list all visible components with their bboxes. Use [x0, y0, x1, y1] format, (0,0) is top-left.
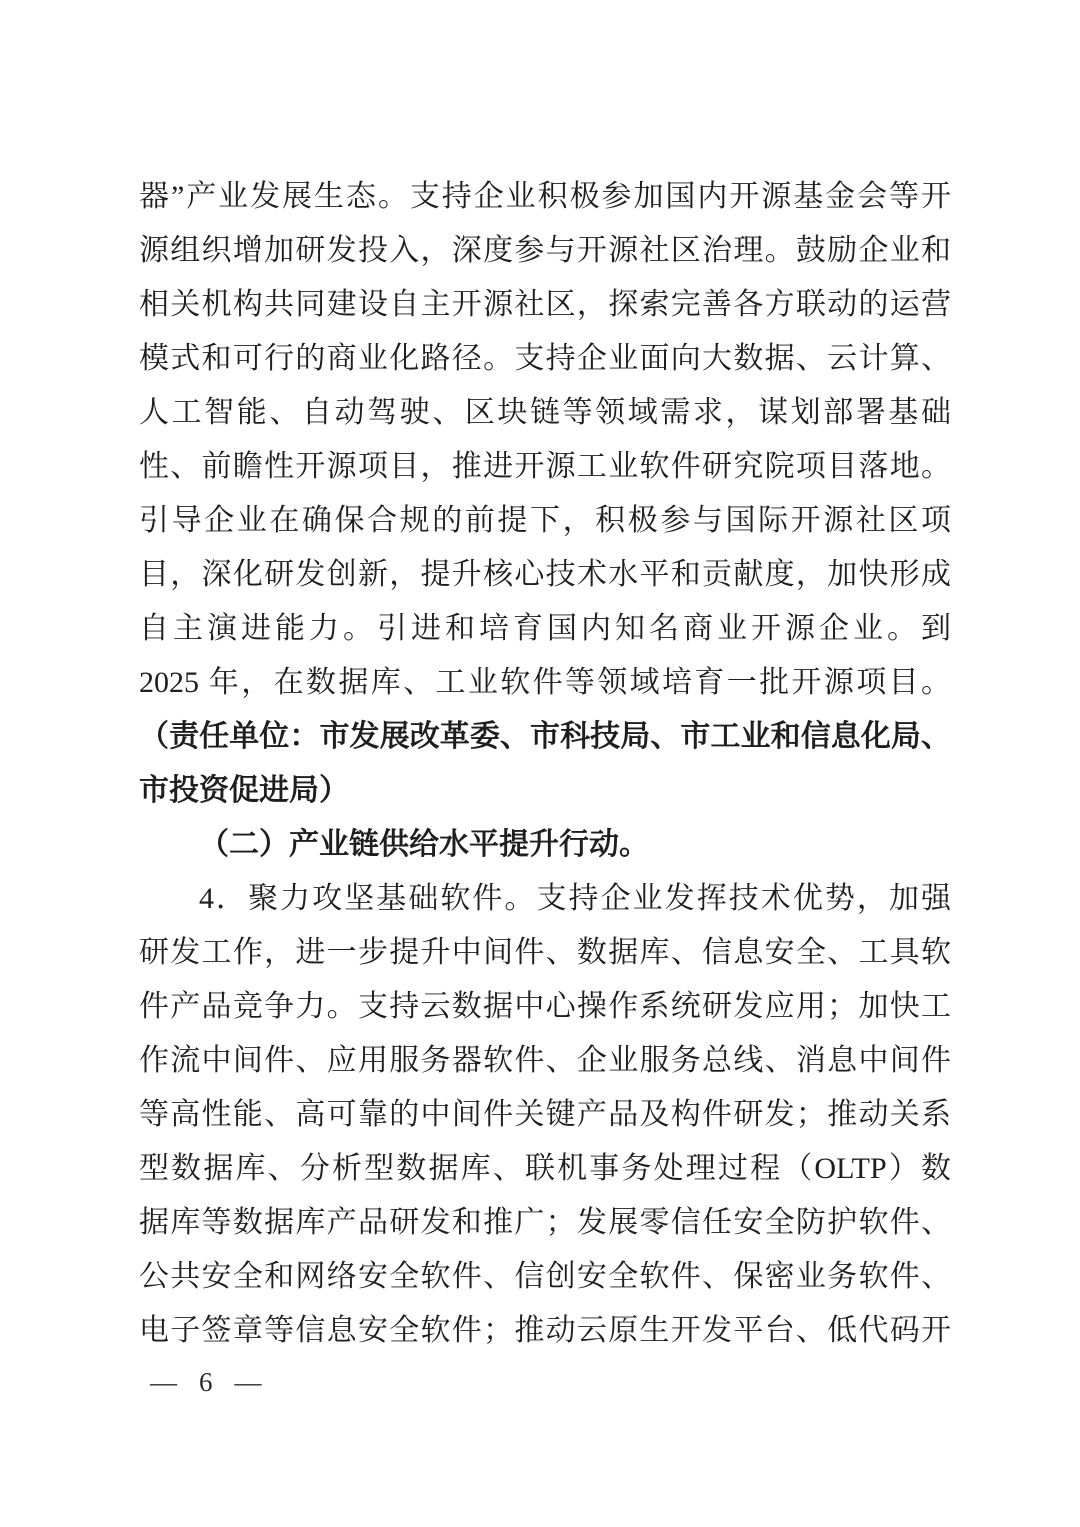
doc-line: 研发工作，进一步提升中间件、数据库、信息安全、工具软: [139, 926, 951, 980]
document-body: 器”产业发展生态。支持企业积极参加国内开源基金会等开源组织增加研发投入，深度参与…: [139, 170, 951, 1358]
page-number: 6: [177, 1362, 235, 1402]
footer-right-dash: —: [235, 1367, 262, 1397]
footer-left-dash: —: [150, 1367, 177, 1397]
doc-line: 作流中间件、应用服务器软件、企业服务总线、消息中间件: [139, 1034, 951, 1088]
doc-line: 自主演进能力。引进和培育国内知名商业开源企业。到: [139, 602, 951, 656]
doc-line: （二）产业链供给水平提升行动。: [139, 818, 951, 872]
doc-line: 4．聚力攻坚基础软件。支持企业发挥技术优势，加强: [139, 872, 951, 926]
doc-line: 件产品竞争力。支持云数据中心操作系统研发应用；加快工: [139, 980, 951, 1034]
page-footer: —6—: [150, 1362, 262, 1402]
doc-line: 源组织增加研发投入，深度参与开源社区治理。鼓励企业和: [139, 224, 951, 278]
doc-line: 等高性能、高可靠的中间件关键产品及构件研发；推动关系: [139, 1088, 951, 1142]
doc-line: 据库等数据库产品研发和推广；发展零信任安全防护软件、: [139, 1196, 951, 1250]
document-page: 器”产业发展生态。支持企业积极参加国内开源基金会等开源组织增加研发投入，深度参与…: [0, 0, 1080, 1527]
doc-line: （责任单位：市发展改革委、市科技局、市工业和信息化局、: [139, 710, 951, 764]
doc-line: 市投资促进局）: [139, 764, 951, 818]
doc-line: 性、前瞻性开源项目，推进开源工业软件研究院项目落地。: [139, 440, 951, 494]
doc-line: 型数据库、分析型数据库、联机事务处理过程（OLTP）数: [139, 1142, 951, 1196]
doc-line: 模式和可行的商业化路径。支持企业面向大数据、云计算、: [139, 332, 951, 386]
doc-line: 2025 年，在数据库、工业软件等领域培育一批开源项目。: [139, 656, 951, 710]
doc-line: 目，深化研发创新，提升核心技术水平和贡献度，加快形成: [139, 548, 951, 602]
doc-line: 相关机构共同建设自主开源社区，探索完善各方联动的运营: [139, 278, 951, 332]
doc-line: 器”产业发展生态。支持企业积极参加国内开源基金会等开: [139, 170, 951, 224]
doc-line: 公共安全和网络安全软件、信创安全软件、保密业务软件、: [139, 1250, 951, 1304]
doc-line: 电子签章等信息安全软件；推动云原生开发平台、低代码开: [139, 1304, 951, 1358]
doc-line: 引导企业在确保合规的前提下，积极参与国际开源社区项: [139, 494, 951, 548]
doc-line: 人工智能、自动驾驶、区块链等领域需求，谋划部署基础: [139, 386, 951, 440]
